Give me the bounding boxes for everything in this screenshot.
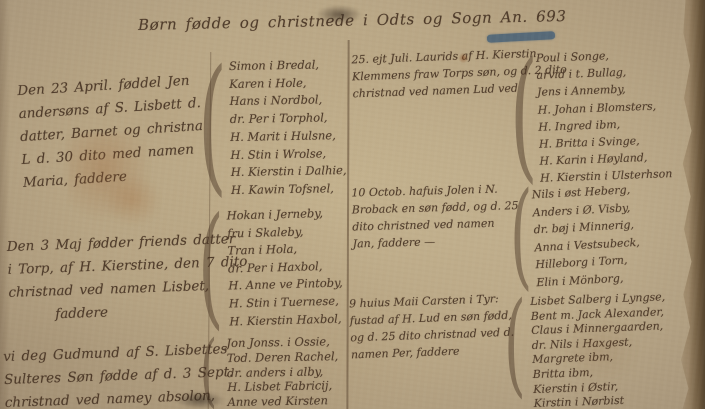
- godparent-list: Poul i Songe,arvid i t. Bullag,Jens i An…: [536, 44, 701, 187]
- register-entry-april: Den 23 April. føddel Jenandersøns af S. …: [17, 68, 224, 195]
- register-entry-september: vi deg Gudmund af S. LisbettesSulteres S…: [3, 338, 233, 409]
- godparent-list: Jon Jonss. i Ossie,Tod. Deren Rachel,dr.…: [226, 334, 349, 409]
- godparent-list: Hokan i Jerneby,fru i Skaleby,Tran i Hol…: [226, 204, 347, 330]
- manuscript-text-line: H. Marit i Hulsne,: [230, 127, 348, 147]
- manuscript-text-line: H. Stin i Wrolse,: [230, 144, 348, 164]
- manuscript-text-line: H. Lisbet Fabricij,: [227, 378, 349, 395]
- godparent-list: Lisbet Salberg i Lyngse,Bent m. Jack Ale…: [530, 289, 705, 409]
- godparent-list: Simon i Bredal,Karen i Hole,Hans i Nordb…: [229, 56, 349, 200]
- manuscript-text-line: H. Kawin Tofsnel,: [231, 180, 349, 200]
- manuscript-text-line: Karen i Hole,: [229, 74, 347, 94]
- register-entry-october: 10 Octob. hafuis Jolen i N.Broback en sø…: [351, 180, 541, 253]
- register-entry-may: Den 3 Maj fødder friends datteri Torp, a…: [6, 228, 234, 328]
- manuscript-text-line: H. Kierstin Haxbol,: [229, 310, 347, 331]
- manuscript-text-line: Simon i Bredal,: [229, 56, 347, 76]
- register-entry-ninth: 9 huius Maii Carsten i Tyr:fustad af H. …: [349, 289, 546, 364]
- manuscript-text-line: Hans i Nordbol,: [229, 91, 347, 111]
- page-header-title: Børn fødde og christnede i Odts og Sogn …: [138, 6, 613, 34]
- manuscript-text-line: H. Kierstin i Dalhie,: [231, 162, 349, 182]
- page-left-shadow: [0, 0, 10, 409]
- register-entry-july: 25. ejt Juli. Laurids af H. KierstinKlem…: [351, 45, 548, 103]
- manuscript-text-line: Anne ved Kirsten: [227, 393, 349, 409]
- godparent-list: Nils i øst Heberg,Anders i Ø. Visby,dr. …: [531, 178, 702, 292]
- manuscript-text-line: dr. Per i Torphol,: [230, 109, 348, 129]
- manuscript-text-line: Tod. Deren Rachel,: [227, 349, 349, 366]
- manuscript-page: Børn fødde og christnede i Odts og Sogn …: [0, 0, 705, 409]
